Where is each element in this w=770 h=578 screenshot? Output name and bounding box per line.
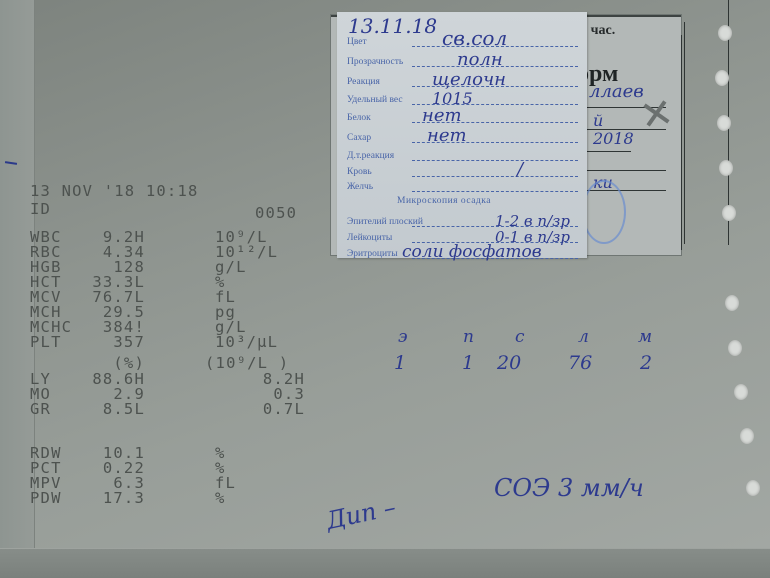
slip-field-erythrocytes: Эритроциты соли фосфатов	[347, 244, 582, 262]
result-row-mch: MCH29.5pg	[30, 305, 330, 321]
manual-diff-value-seg: 20	[497, 352, 521, 374]
punch-hole	[715, 70, 729, 86]
punch-hole	[740, 428, 754, 444]
form-border	[681, 35, 682, 250]
punch-hole	[717, 115, 731, 131]
note-esr: СОЭ 3 мм/ч	[494, 474, 644, 502]
form-handwritten-surname: ллаев	[589, 81, 644, 102]
urinalysis-slip: Цвет св.сол Прозрачность полн Реакция ще…	[337, 12, 587, 258]
slip-value: полн	[457, 49, 503, 70]
result-row-hgb: HGB128g/L	[30, 260, 330, 276]
punch-hole	[718, 25, 732, 41]
manual-diff-value-lymph: 76	[568, 352, 592, 374]
diff-row-gr: GR8.5L0.7L	[30, 402, 330, 418]
index-row-pct: PCT0.22%	[30, 461, 330, 477]
manual-diff-header-seg: с	[515, 327, 525, 347]
printout-id-label: ID	[30, 202, 51, 218]
manual-diff-header-lymph: л	[578, 327, 589, 347]
binder-rule	[684, 22, 685, 244]
result-row-rbc: RBC4.3410¹²/L	[30, 245, 330, 261]
result-row-plt: PLT35710³/μL	[30, 335, 330, 351]
punch-hole	[734, 384, 748, 400]
index-row-pdw: PDW17.3%	[30, 491, 330, 507]
punch-hole	[725, 295, 739, 311]
sheet-edge-bottom	[0, 548, 770, 578]
index-row-rdw: RDW10.1%	[30, 446, 330, 462]
slip-field-clarity: Прозрачность полн	[347, 52, 582, 70]
slip-field-reaction: Реакция щелочн	[347, 72, 582, 90]
manual-diff-value-band: 1	[462, 352, 474, 374]
form-handwritten-year: 2018	[593, 129, 634, 148]
punch-hole	[719, 160, 733, 176]
form-rule	[581, 170, 666, 171]
slip-microscopy-title: Микроскопия осадка	[397, 196, 491, 206]
result-row-mchc: MCHC384!g/L	[30, 320, 330, 336]
round-stamp	[582, 180, 626, 244]
manual-diff-header-eos: э	[398, 327, 408, 347]
form-handwritten-fragment: й	[593, 111, 603, 130]
manual-diff-header-mono: м	[638, 327, 652, 347]
slip-field-bile: Желчь	[347, 177, 582, 195]
slip-value: соли фосфатов	[402, 242, 542, 262]
punch-hole	[722, 205, 736, 221]
slip-field-specific-gravity: Удельный вес 1015	[347, 90, 582, 108]
printout-id-value: 0050	[255, 206, 297, 222]
slip-value: нет	[427, 125, 467, 146]
index-row-mpv: MPV6.3fL	[30, 476, 330, 492]
slip-value: щелочн	[432, 69, 506, 90]
printout-datetime: 13 NOV '18 10:18	[30, 184, 199, 200]
slip-field-glucose: Сахар нет	[347, 128, 582, 146]
result-row-wbc: WBC9.2H10⁹/L	[30, 230, 330, 246]
punch-hole	[746, 480, 760, 496]
punch-hole	[728, 340, 742, 356]
form-rule	[581, 151, 631, 152]
result-row-mcv: MCV76.7LfL	[30, 290, 330, 306]
result-row-hct: HCT33.3L%	[30, 275, 330, 291]
slip-value: св.сол	[442, 26, 507, 50]
handwritten-slip-date: 13.11.18	[348, 14, 437, 38]
slip-value: нет	[422, 105, 462, 126]
slip-field-protein: Белок нет	[347, 108, 582, 126]
manual-diff-value-mono: 2	[640, 352, 652, 374]
manual-diff-value-eos: 1	[394, 352, 406, 374]
manual-diff-header-band: п	[463, 327, 474, 347]
